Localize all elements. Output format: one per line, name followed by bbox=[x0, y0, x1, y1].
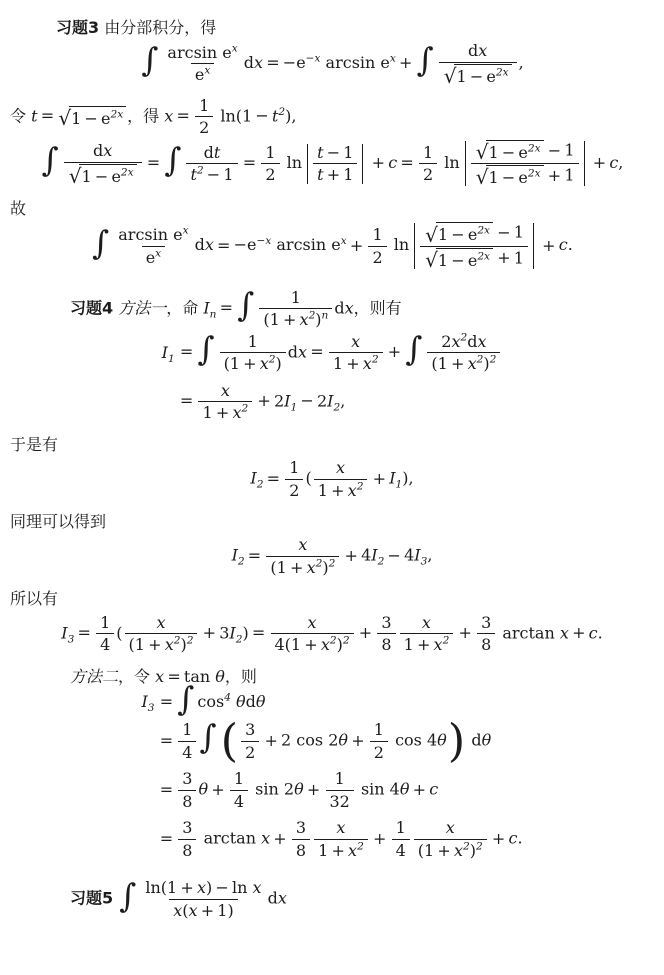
square-root: √1−e2x bbox=[444, 64, 512, 86]
denominator: 8 bbox=[178, 839, 196, 861]
math-operator: − bbox=[384, 546, 404, 565]
math-text: 1 bbox=[318, 481, 328, 500]
denominator: ex bbox=[142, 246, 165, 268]
math-text: e bbox=[518, 143, 527, 162]
math-text: (1 bbox=[418, 841, 434, 860]
math-operator: − bbox=[252, 106, 272, 125]
math-text: 1 bbox=[456, 67, 466, 86]
denominator: 4 bbox=[392, 839, 410, 861]
superscript: 4 bbox=[224, 691, 231, 703]
math-operator: + bbox=[198, 901, 218, 920]
math-operator: = bbox=[144, 153, 164, 172]
math-variable: x bbox=[478, 41, 487, 60]
math-operator: + bbox=[539, 236, 559, 255]
math-variable: x bbox=[173, 901, 182, 920]
numerator: arcsin ex bbox=[114, 225, 192, 246]
fraction: 14 bbox=[392, 818, 410, 860]
math-variable: c bbox=[609, 153, 618, 172]
math-operator: + bbox=[177, 878, 197, 897]
math-operator: − bbox=[212, 878, 232, 897]
math-text: d bbox=[466, 731, 481, 750]
math-variable: t bbox=[317, 143, 323, 162]
math-text: (1 bbox=[224, 354, 240, 373]
math-text: ( bbox=[305, 469, 311, 488]
superscript: 2 bbox=[357, 840, 364, 852]
math-text: e bbox=[111, 167, 120, 186]
math-variable: c bbox=[429, 780, 438, 799]
display-formula: ∫arcsin exexdx=−e−x arcsin ex+12 ln√1−e2… bbox=[10, 222, 654, 269]
math-text: 1 bbox=[100, 613, 110, 632]
math-operator: + bbox=[213, 403, 233, 422]
fraction: arcsin exex bbox=[114, 225, 192, 267]
math-text: 1 bbox=[343, 143, 353, 162]
math-text: ln bbox=[232, 878, 253, 897]
math-operator: = bbox=[157, 692, 177, 711]
math-variable: x bbox=[103, 141, 112, 160]
denominator: 2 bbox=[285, 479, 303, 501]
superscript: 2 bbox=[372, 354, 379, 366]
integral-sign: ∫ bbox=[41, 141, 62, 179]
math-operator: + bbox=[489, 829, 509, 848]
formula-rhs: =38 arctan x+38x1+x2+14x(1+x2)2+c. bbox=[157, 818, 523, 860]
math-variable: x bbox=[164, 106, 173, 125]
fraction: x(1+x2)2 bbox=[125, 613, 198, 655]
math-operator: − bbox=[324, 143, 344, 162]
math-operator: + bbox=[254, 391, 274, 410]
math-text: ( bbox=[116, 623, 122, 642]
superscript: 2x bbox=[121, 166, 134, 178]
square-root: √1−e2x bbox=[425, 248, 493, 270]
math-text: 1 bbox=[182, 720, 192, 739]
math-operator: = bbox=[157, 731, 177, 750]
math-text: e bbox=[468, 225, 477, 244]
math-text: ), bbox=[402, 469, 413, 488]
math-text: ln(1 bbox=[145, 878, 177, 897]
math-variable: θ bbox=[198, 780, 208, 799]
math-operator: − bbox=[448, 225, 468, 244]
numerator: 3 bbox=[178, 818, 196, 839]
math-operator: + bbox=[348, 731, 368, 750]
math-text: 1 bbox=[318, 841, 328, 860]
math-operator: − bbox=[499, 168, 519, 187]
math-operator: + bbox=[368, 153, 388, 172]
math-operator: + bbox=[409, 780, 429, 799]
math-text: 2 bbox=[317, 391, 327, 410]
abs-content: √1−e2x−1√1−e2x+1 bbox=[469, 140, 581, 187]
math-variable: x bbox=[468, 354, 477, 373]
radicand: 1−e2x bbox=[454, 64, 511, 86]
denominator: (1+x2)2 bbox=[125, 633, 198, 655]
radicand: 1−e2x bbox=[436, 222, 493, 244]
superscript: 2 bbox=[329, 558, 336, 570]
display-formula: ∫dx√1−e2x=∫dtt2−1=12 lnt−1t+1+c=12 ln√1−… bbox=[10, 140, 654, 187]
math-text: 2 bbox=[245, 743, 255, 762]
math-text: 1 bbox=[199, 96, 209, 115]
chinese-text: ，则有 bbox=[354, 298, 402, 317]
math-operator: = bbox=[38, 106, 58, 125]
numerator: dt bbox=[200, 143, 225, 164]
denominator: x(x+1) bbox=[169, 899, 238, 921]
math-variable: t bbox=[31, 106, 37, 125]
square-root: √1−e2x bbox=[425, 222, 493, 244]
fraction: t−1t+1 bbox=[313, 143, 357, 185]
math-text: 4 bbox=[182, 743, 192, 762]
exercise-label: 习题4 bbox=[70, 298, 113, 317]
math-operator: − bbox=[499, 143, 519, 162]
denominator: √1−e2x+1 bbox=[471, 163, 579, 187]
math-operator: + bbox=[280, 310, 300, 329]
math-text: 8 bbox=[381, 635, 391, 654]
abs-bar-right bbox=[362, 144, 363, 184]
fraction: 1(1+x2)n bbox=[259, 288, 332, 330]
math-operator: = bbox=[263, 469, 283, 488]
formula-rhs: =14∫(32+2 cos 2θ+12 cos 4θ) dθ bbox=[157, 720, 523, 762]
square-root: √1−e2x bbox=[69, 164, 137, 186]
fraction: 12 bbox=[370, 720, 388, 762]
numerator: x bbox=[294, 535, 311, 556]
superscript: 2 bbox=[443, 635, 450, 647]
denominator: √1−e2x+1 bbox=[420, 246, 528, 270]
math-operator: − bbox=[467, 67, 487, 86]
paragraph: 习题4 方法一，命 In=∫1(1+x2)ndx，则有 bbox=[10, 288, 654, 330]
math-variable: x bbox=[477, 332, 486, 351]
math-text: ) bbox=[276, 354, 282, 373]
math-text: 3 bbox=[481, 613, 491, 632]
math-text: arcsin e bbox=[118, 225, 182, 244]
math-operator: = bbox=[157, 829, 177, 848]
math-operator: + bbox=[434, 841, 454, 860]
math-text: 3 bbox=[245, 720, 255, 739]
math-text: (1 bbox=[263, 310, 279, 329]
math-text: −e bbox=[283, 53, 306, 72]
math-text: 1 bbox=[223, 165, 233, 184]
math-text: 1 bbox=[514, 223, 524, 242]
math-text: d bbox=[246, 692, 256, 711]
fraction: 38 bbox=[377, 613, 395, 655]
math-text: 8 bbox=[481, 635, 491, 654]
superscript: 2x bbox=[477, 250, 490, 262]
math-operator: + bbox=[569, 623, 589, 642]
math-variable: θ bbox=[231, 692, 246, 711]
aligned-formulas: I1=∫1(1+x2)dx=x1+x2+∫2x2dx(1+x2)2=x1+x2+… bbox=[10, 332, 654, 423]
denominator: 2 bbox=[241, 741, 259, 763]
math-text: −e bbox=[234, 236, 257, 255]
math-operator: + bbox=[545, 166, 565, 185]
denominator: 8 bbox=[477, 633, 495, 655]
math-operator: + bbox=[385, 342, 405, 361]
numerator: √1−e2x−1 bbox=[471, 140, 579, 163]
fraction: arcsin exex bbox=[163, 43, 241, 85]
math-variable: x bbox=[307, 558, 316, 577]
fraction: 14 bbox=[230, 769, 248, 811]
superscript: 2 bbox=[197, 165, 204, 177]
fraction: 14 bbox=[178, 720, 196, 762]
math-operator: = bbox=[74, 623, 94, 642]
integral-sign: ∫ bbox=[118, 877, 139, 915]
math-text: 3 bbox=[182, 769, 192, 788]
math-operator: − bbox=[448, 251, 468, 270]
math-text: 1) bbox=[217, 901, 233, 920]
numerator: 1 bbox=[368, 225, 386, 246]
math-text: 1 bbox=[488, 143, 498, 162]
superscript: 2 bbox=[476, 840, 483, 852]
denominator: t+1 bbox=[313, 163, 357, 185]
math-text: 3 bbox=[381, 613, 391, 632]
numerator: x bbox=[304, 613, 321, 634]
denominator: 4 bbox=[96, 633, 114, 655]
numerator: x bbox=[442, 818, 459, 839]
math-operator: + bbox=[341, 546, 361, 565]
fraction: 38 bbox=[292, 818, 310, 860]
numerator: 3 bbox=[292, 818, 310, 839]
math-variable: x bbox=[165, 635, 174, 654]
abs-bar-left bbox=[307, 144, 308, 184]
math-text: 1 bbox=[81, 167, 91, 186]
aligned-formulas: I3=∫cos4 θdθ=14∫(32+2 cos 2θ+12 cos 4θ) … bbox=[10, 690, 654, 860]
denominator: 4 bbox=[230, 790, 248, 812]
math-text: 1 bbox=[372, 225, 382, 244]
formula-lhs: I3 bbox=[141, 690, 156, 713]
math-text: , bbox=[427, 546, 432, 565]
integral-sign: ∫ bbox=[198, 718, 219, 756]
math-text: 1 bbox=[396, 818, 406, 837]
math-variable: x bbox=[321, 635, 330, 654]
math-variable: x bbox=[155, 667, 164, 686]
math-text: d bbox=[195, 236, 205, 255]
math-operator: + bbox=[396, 53, 416, 72]
numerator: 1 bbox=[285, 458, 303, 479]
paragraph: 方法二，令 x=tan θ，则 bbox=[10, 665, 654, 688]
formula-rhs: =38θ+14 sin 2θ+132 sin 4θ+c bbox=[157, 769, 523, 811]
math-variable: x bbox=[351, 332, 360, 351]
fraction: 132 bbox=[326, 769, 354, 811]
abs-bar-right bbox=[533, 223, 534, 268]
subscript: 1 bbox=[168, 354, 175, 366]
math-text: 2 bbox=[441, 332, 451, 351]
denominator: 1+x2 bbox=[314, 479, 368, 501]
math-operator: − bbox=[92, 167, 112, 186]
integral-sign: ∫ bbox=[140, 41, 161, 79]
math-variable: c bbox=[388, 153, 397, 172]
math-text: 3 bbox=[182, 818, 192, 837]
denominator: 8 bbox=[178, 790, 196, 812]
fraction: 12 bbox=[285, 458, 303, 500]
fraction: x4(1+x2)2 bbox=[271, 613, 354, 655]
math-operator: = bbox=[157, 780, 177, 799]
denominator: 32 bbox=[326, 790, 354, 812]
superscript: x bbox=[183, 225, 189, 237]
abs-content: √1−e2x−1√1−e2x+1 bbox=[418, 222, 530, 269]
chinese-text: ，得 bbox=[127, 106, 164, 125]
math-text: 1 bbox=[564, 141, 574, 160]
math-text: arcsin e bbox=[271, 236, 340, 255]
radicand: 1−e2x bbox=[486, 165, 543, 187]
numerator: arcsin ex bbox=[163, 43, 241, 64]
math-text: 4 bbox=[234, 792, 244, 811]
abs-bar-left bbox=[414, 223, 415, 268]
subscript: 2 bbox=[238, 556, 245, 568]
superscript: 2x bbox=[496, 66, 509, 78]
math-variable: x bbox=[254, 53, 263, 72]
fraction: x1+x2 bbox=[329, 332, 383, 374]
paragraph: 于是有 bbox=[10, 433, 654, 456]
math-variable: x bbox=[422, 613, 431, 632]
paragraph: 所以有 bbox=[10, 587, 654, 610]
denominator: 8 bbox=[292, 839, 310, 861]
abs-bar-left bbox=[465, 141, 466, 186]
chinese-text: 于是有 bbox=[10, 435, 58, 454]
math-text: 1 bbox=[564, 166, 574, 185]
chinese-text: ，命 bbox=[166, 298, 203, 317]
fraction: dx√1−e2x bbox=[64, 141, 142, 186]
math-text: 4 bbox=[404, 546, 414, 565]
math-text: 8 bbox=[182, 841, 192, 860]
math-operator: + bbox=[448, 354, 468, 373]
display-formula: ∫arcsin exexdx=−e−x arcsin ex+∫dx√1−e2x, bbox=[10, 41, 654, 86]
display-formula: I2=12(x1+x2+I1), bbox=[10, 458, 654, 500]
math-text: 2 bbox=[372, 248, 382, 267]
math-operator: = bbox=[245, 546, 265, 565]
denominator: 4(1+x2)2 bbox=[271, 633, 354, 655]
superscript: 2x bbox=[528, 143, 541, 155]
denominator: 8 bbox=[377, 633, 395, 655]
denominator: 1+x2 bbox=[314, 839, 368, 861]
math-operator: + bbox=[324, 165, 344, 184]
math-operator: + bbox=[240, 354, 260, 373]
math-operator: + bbox=[270, 829, 290, 848]
numerator: 1 bbox=[96, 613, 114, 634]
denominator: 2 bbox=[195, 116, 213, 138]
denominator: (1+x2) bbox=[220, 352, 286, 374]
denominator: √1−e2x bbox=[439, 62, 517, 86]
superscript: 2 bbox=[330, 635, 337, 647]
math-text: d bbox=[244, 53, 254, 72]
math-text: 32 bbox=[330, 792, 350, 811]
superscript: x bbox=[390, 53, 396, 65]
absolute-value: t−1t+1 bbox=[304, 143, 366, 185]
denominator: ex bbox=[191, 63, 214, 85]
math-text: e bbox=[195, 65, 204, 84]
superscript: 2 bbox=[490, 354, 497, 366]
radicand: 1−e2x bbox=[486, 140, 543, 162]
numerator: x bbox=[217, 381, 234, 402]
math-text: . bbox=[568, 236, 573, 255]
math-variable: θ bbox=[256, 692, 266, 711]
math-text: d bbox=[468, 41, 478, 60]
math-text: 1 bbox=[514, 248, 524, 267]
numerator: 3 bbox=[241, 720, 259, 741]
math-text: 8 bbox=[296, 841, 306, 860]
math-variable: x bbox=[560, 623, 569, 642]
denominator: 2 bbox=[368, 246, 386, 268]
formula-lhs: I1 bbox=[162, 341, 177, 364]
denominator: 1+x2 bbox=[400, 633, 454, 655]
math-text: 1 bbox=[333, 354, 343, 373]
math-text: d bbox=[334, 298, 344, 317]
math-operator: = bbox=[214, 236, 234, 255]
math-text: 1 bbox=[488, 168, 498, 187]
math-operator: = bbox=[307, 342, 327, 361]
fraction: 38 bbox=[178, 818, 196, 860]
fraction: 38 bbox=[477, 613, 495, 655]
math-variable: x bbox=[156, 613, 165, 632]
math-variable: x bbox=[348, 481, 357, 500]
math-text: 1 bbox=[374, 720, 384, 739]
numerator: x bbox=[152, 613, 169, 634]
denominator: √1−e2x bbox=[64, 162, 142, 186]
fraction: x(1+x2)2 bbox=[266, 535, 339, 577]
numerator: x bbox=[332, 818, 349, 839]
display-formula: I2=x(1+x2)2+4I2−4I3, bbox=[10, 535, 654, 577]
radicand: 1−e2x bbox=[69, 106, 126, 128]
numerator: 1 bbox=[419, 143, 437, 164]
math-text: 1 bbox=[202, 403, 212, 422]
math-variable: x bbox=[308, 613, 317, 632]
math-operator: = bbox=[177, 391, 197, 410]
denominator: 1+x2 bbox=[198, 401, 252, 423]
math-text: e bbox=[101, 109, 110, 128]
math-variable: x bbox=[278, 889, 287, 908]
square-root: √1−e2x bbox=[58, 106, 126, 128]
fraction: 12 bbox=[419, 143, 437, 185]
math-variable: x bbox=[336, 818, 345, 837]
denominator: (1+x2)2 bbox=[266, 556, 339, 578]
math-text: 1 bbox=[335, 769, 345, 788]
denominator: 4 bbox=[178, 741, 196, 763]
math-variable: x bbox=[348, 841, 357, 860]
math-text: 2 bbox=[199, 118, 209, 137]
math-operator: + bbox=[328, 481, 348, 500]
math-variable: x bbox=[205, 236, 214, 255]
chinese-text: ，令 bbox=[118, 667, 155, 686]
math-operator: + bbox=[199, 623, 219, 642]
denominator: t2−1 bbox=[186, 163, 237, 185]
fraction: ln(1+x)−ln xx(x+1) bbox=[141, 878, 265, 920]
numerator: x bbox=[347, 332, 364, 353]
math-text: ln bbox=[439, 153, 460, 172]
fraction: 12 bbox=[261, 143, 279, 185]
fraction: x1+x2 bbox=[198, 381, 252, 423]
superscript: 2 bbox=[241, 403, 248, 415]
superscript: 2 bbox=[187, 635, 194, 647]
math-text: cos bbox=[197, 692, 224, 711]
math-variable: t bbox=[214, 143, 220, 162]
fraction: √1−e2x−1√1−e2x+1 bbox=[420, 222, 528, 269]
math-operator: + bbox=[494, 248, 514, 267]
display-formula: I3=14(x(1+x2)2+3I2)=x4(1+x2)2+38x1+x2+38… bbox=[10, 613, 654, 655]
superscript: −x bbox=[306, 53, 321, 65]
math-text: , bbox=[618, 153, 623, 172]
integral-sign: ∫ bbox=[196, 330, 217, 368]
math-text: cos 4 bbox=[390, 731, 437, 750]
formula-rhs: =x1+x2+2I1−2I2, bbox=[177, 381, 503, 423]
math-operator: + bbox=[343, 354, 363, 373]
math-text: 2 bbox=[374, 743, 384, 762]
paragraph: 令 t=√1−e2x，得 x=12 ln(1−t2), bbox=[10, 96, 654, 138]
fraction: 14 bbox=[96, 613, 114, 655]
math-text: , bbox=[519, 53, 524, 72]
math-operator: − bbox=[494, 223, 514, 242]
math-solutions-content: 习题3 由分部积分，得∫arcsin exexdx=−e−x arcsin ex… bbox=[10, 16, 654, 920]
math-text: d bbox=[204, 143, 214, 162]
math-text: sin 2 bbox=[250, 780, 294, 799]
chinese-text: 所以有 bbox=[10, 589, 58, 608]
superscript: 2 bbox=[269, 354, 276, 366]
math-operator: + bbox=[261, 731, 281, 750]
math-operator: = bbox=[263, 53, 283, 72]
denominator: 1+x2 bbox=[329, 352, 383, 374]
math-text: 3 bbox=[219, 623, 229, 642]
